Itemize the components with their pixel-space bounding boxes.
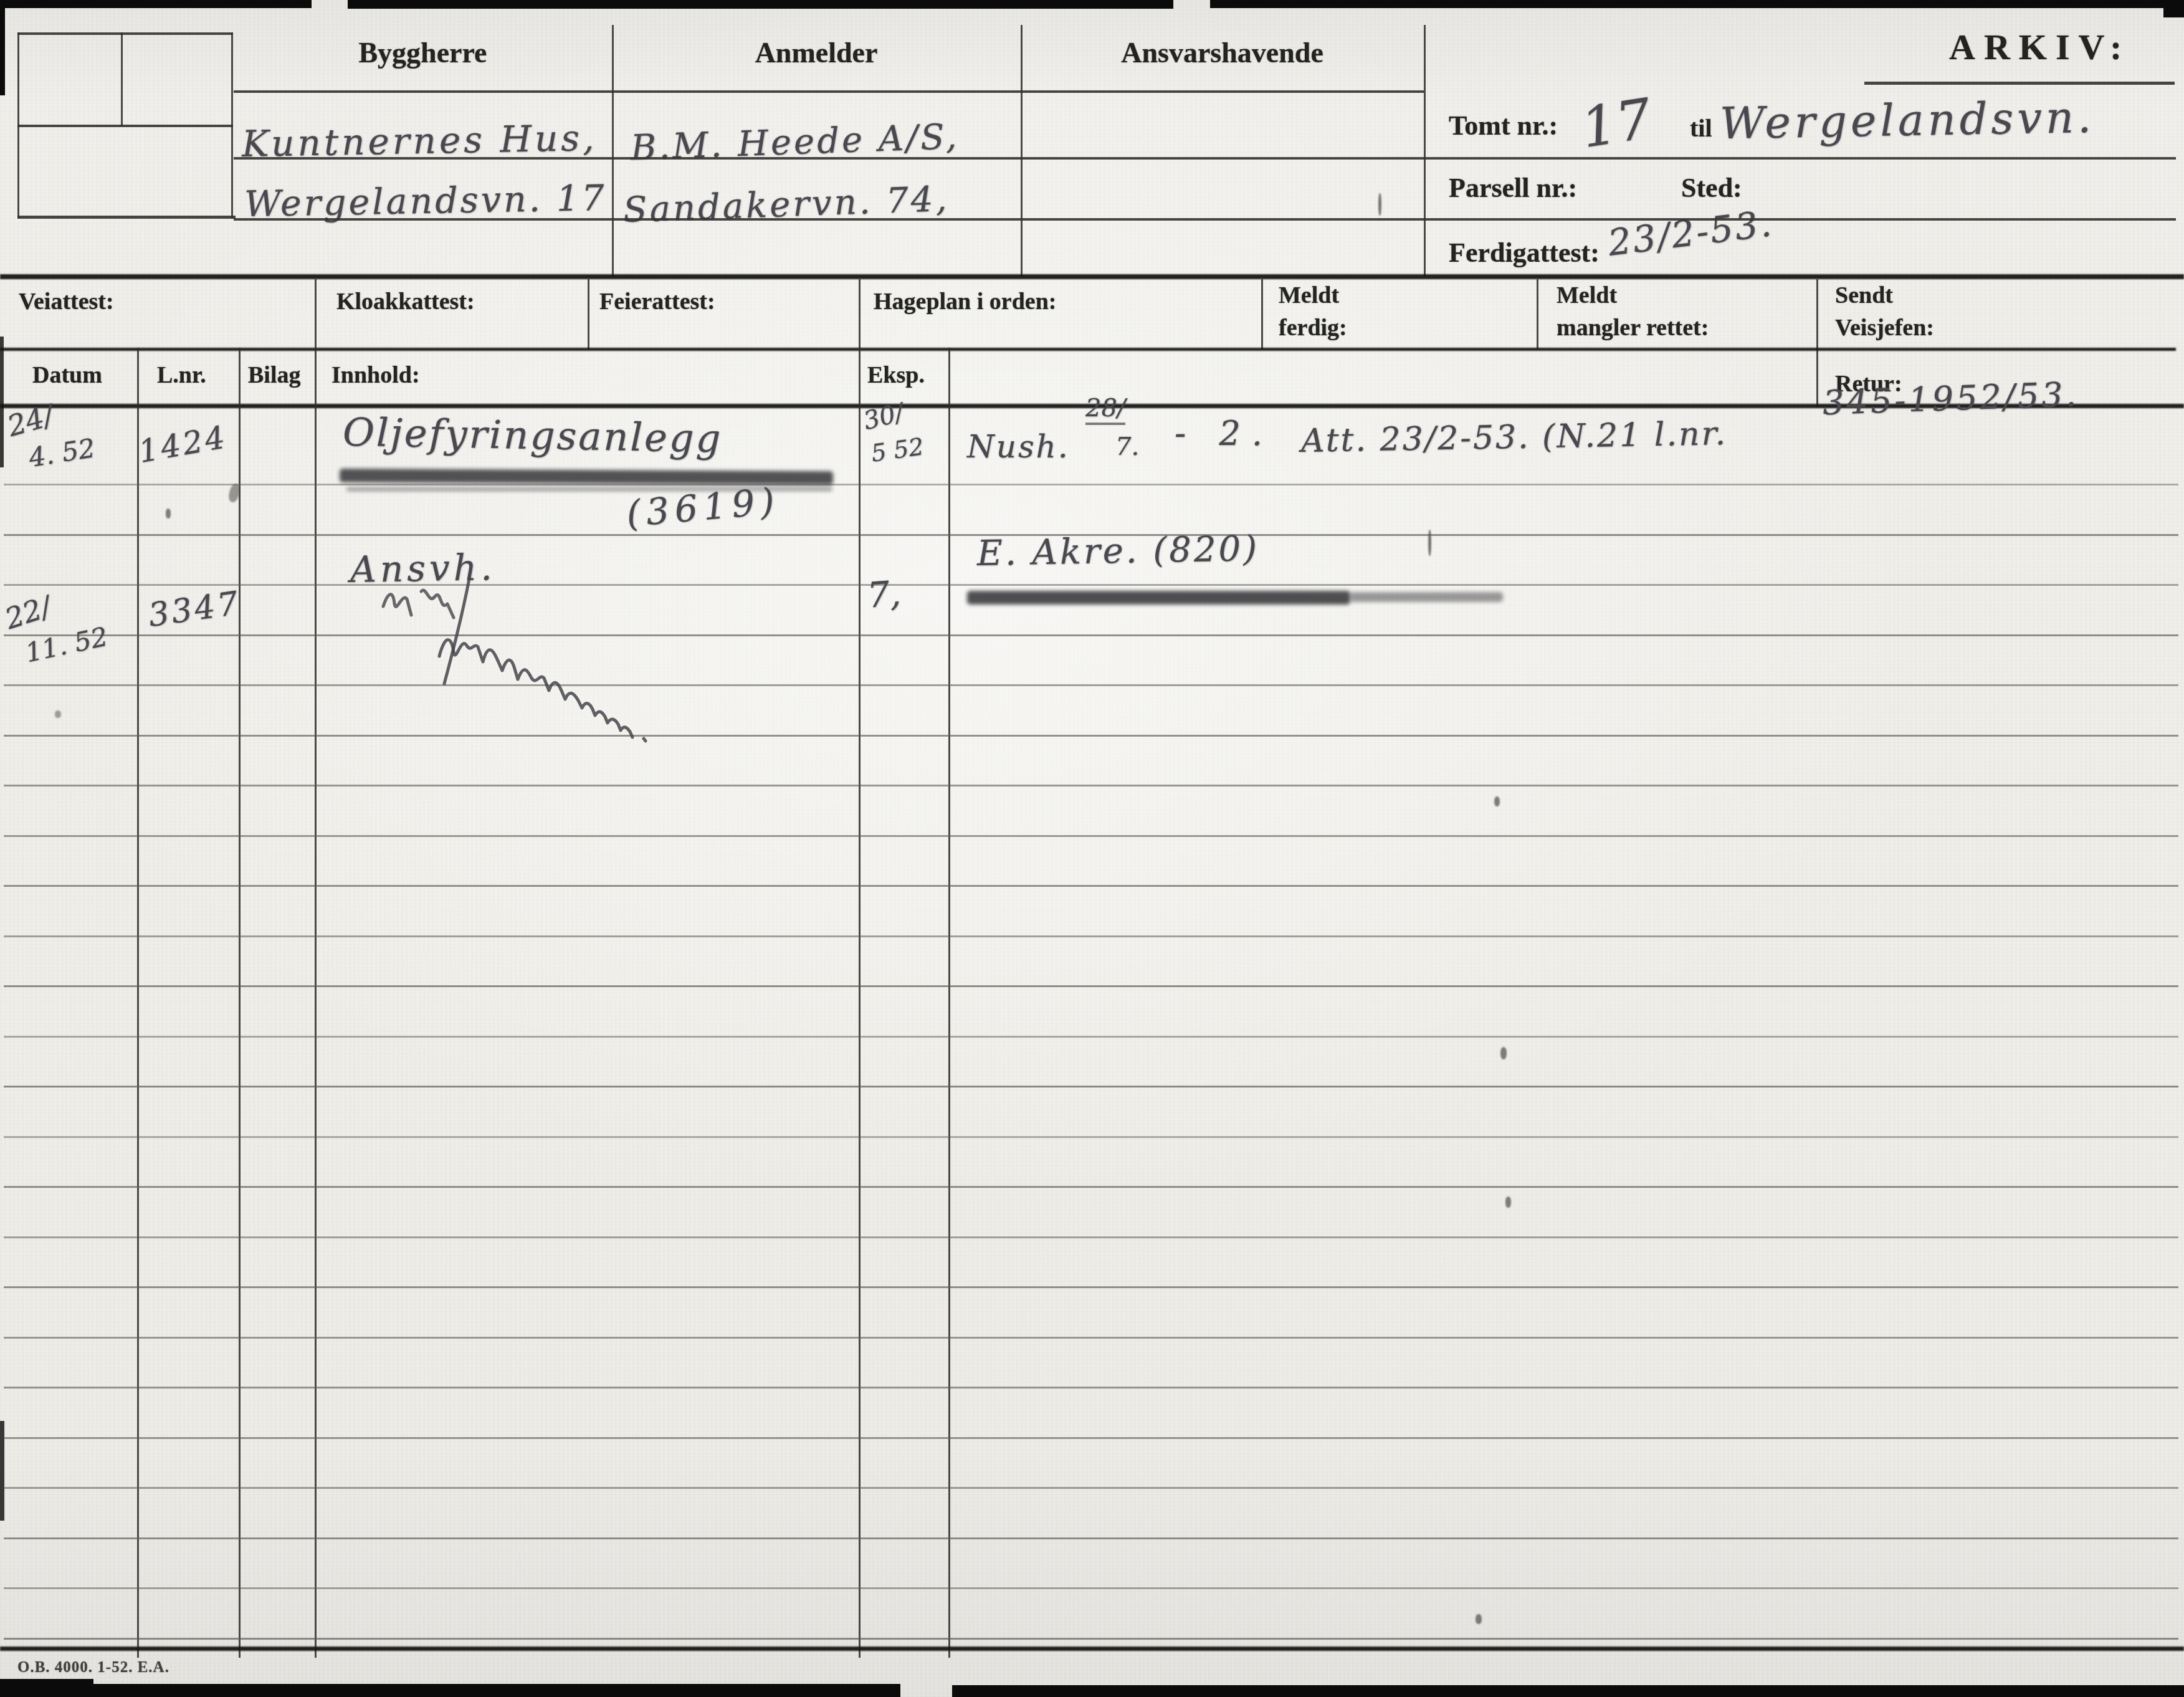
handwriting-row3-journal-number: 3347 <box>146 585 243 634</box>
scan-edge-corner <box>0 1679 93 1697</box>
table-divider-bilag-innhold <box>315 279 317 1658</box>
sted-label: Sted: <box>1681 172 1742 204</box>
attest-band-bottom-rule <box>0 348 2176 351</box>
scan-edge-top <box>348 0 1173 9</box>
tomt-nr-label: Tomt nr.: <box>1449 110 1558 141</box>
attest-divider <box>1261 279 1263 349</box>
ruled-line <box>4 1638 2178 1640</box>
table-divider-datum-lnr <box>137 348 139 1658</box>
ink-speck <box>166 509 171 519</box>
eksp-header: Eksp. <box>867 361 925 389</box>
ferdigattest-label: Ferdigattest: <box>1449 237 1600 269</box>
stamp-box-divider-v <box>121 32 123 126</box>
ruled-line <box>4 584 2178 586</box>
hageplan-label: Hageplan i orden: <box>874 288 1056 315</box>
handwriting-row1-note-fraction-top: 28/ <box>1085 394 1125 425</box>
scan-edge-top <box>0 0 312 8</box>
table-bottom-rule <box>0 1647 2184 1651</box>
ink-speck <box>1476 1614 1482 1624</box>
header-rule <box>234 218 2176 221</box>
archive-card-scan: Byggherre Anmelder Ansvarshavende ARKIV:… <box>0 0 2184 1697</box>
ruled-line <box>4 1337 2178 1339</box>
form-print-code: O.B. 4000. 1-52. E.A. <box>17 1659 169 1676</box>
handwriting-anmelder-address: Sandakervn. 74, <box>622 179 950 231</box>
ink-speck <box>1494 796 1500 806</box>
sendt-veisjefen-label-line2: Veisjefen: <box>1835 314 1934 342</box>
stamp-box-right-border <box>231 32 233 218</box>
handwriting-tomt-street: Wergelandsvn. <box>1719 92 2096 149</box>
ruled-line <box>4 1587 2178 1589</box>
ruled-line <box>4 785 2178 786</box>
feierattest-label: Feierattest: <box>599 288 715 315</box>
ruled-line <box>4 634 2178 636</box>
ruled-line <box>4 935 2178 937</box>
attest-divider <box>1816 279 1818 406</box>
ruled-line <box>4 1236 2178 1238</box>
handwriting-row1-note-attest: Att. 23/2-53. (N.21 l.nr. <box>1301 415 1728 460</box>
handwriting-row1-note-word: Nush. <box>967 429 1070 465</box>
ruled-line <box>4 1136 2178 1138</box>
handwriting-row2-note-responsible: E. Akre. (820) <box>976 528 1259 574</box>
attest-divider <box>1537 279 1538 349</box>
scan-edge-left <box>0 337 4 467</box>
handwriting-row1-content: Oljefyringsanlegg <box>342 409 722 462</box>
ink-speck <box>1500 1047 1507 1059</box>
ruled-line <box>4 1537 2178 1539</box>
datum-header: Datum <box>32 361 102 389</box>
handwriting-row1-date-bottom: 4. 52 <box>27 433 97 473</box>
table-divider-eksp-notes <box>948 348 950 1658</box>
scan-edge-bottom <box>952 1685 2184 1697</box>
ruled-line <box>4 835 2178 837</box>
table-divider-innhold-eksp <box>859 279 861 1658</box>
ink-speck <box>55 710 61 718</box>
handwriting-row3-date-top: 22/ <box>1 590 55 636</box>
ruled-line <box>4 1387 2178 1389</box>
header-rule <box>234 157 2176 160</box>
ruled-line <box>4 484 2178 485</box>
meldt-mangler-label-line1: Meldt <box>1557 282 1617 309</box>
header-rule <box>234 90 1424 93</box>
ruled-line <box>4 1487 2178 1489</box>
column-title-ansvarshavende: Ansvarshavende <box>1021 36 1424 69</box>
ruled-line <box>4 985 2178 987</box>
lnr-header: L.nr. <box>157 361 206 389</box>
scan-edge-top <box>1210 0 2184 8</box>
parsell-nr-label: Parsell nr.: <box>1449 172 1577 204</box>
handwriting-ferdigattest-date: 23/2-53. <box>1606 202 1775 264</box>
stamp-box-left-border <box>17 32 19 218</box>
column-title-byggherre: Byggherre <box>234 36 612 69</box>
meldt-ferdig-label-line2: ferdig: <box>1279 314 1347 342</box>
handwriting-row1-eksp-bottom: 5 52 <box>869 433 925 467</box>
section-divider-heavy <box>0 274 2184 279</box>
arkiv-heading: ARKIV: <box>1949 26 2130 68</box>
innhold-header: Innhold: <box>331 361 420 389</box>
stamp-box-bottom-border <box>17 216 236 219</box>
handwriting-anmelder-name: B.M. Heede A/S, <box>630 117 960 168</box>
scan-edge-left <box>0 8 5 95</box>
ruled-line <box>4 1286 2178 1288</box>
veiattest-label: Veiattest: <box>19 288 114 315</box>
til-label: til <box>1690 113 1712 143</box>
meldt-mangler-label-line2: mangler rettet: <box>1557 314 1709 342</box>
attest-divider <box>588 279 589 349</box>
arkiv-underline <box>1864 82 2175 85</box>
scan-edge-corner <box>2163 0 2184 17</box>
table-divider-lnr-bilag <box>239 348 241 1658</box>
handwriting-row3-eksp: 7, <box>866 573 902 616</box>
ruled-line <box>4 1186 2178 1188</box>
bilag-header: Bilag <box>248 361 300 389</box>
meldt-ferdig-label-line1: Meldt <box>1279 282 1339 309</box>
scan-edge-bottom <box>0 1684 900 1697</box>
pencil-smear-underline <box>1350 592 1503 602</box>
ruled-line <box>4 1036 2178 1038</box>
ruled-line <box>4 684 2178 686</box>
ruled-line <box>4 1437 2178 1439</box>
header-divider <box>1424 25 1426 277</box>
handwriting-row1-note-caseref: 345-1952/53. <box>1822 375 2079 423</box>
stamp-box-top-border <box>17 32 233 35</box>
illegible-scrawl <box>346 570 794 707</box>
ruled-line <box>4 885 2178 887</box>
column-title-anmelder: Anmelder <box>612 36 1021 69</box>
handwriting-row1-note-dash: - 2. <box>1175 414 1274 453</box>
handwriting-row3-date-bottom: 11. 52 <box>22 621 110 669</box>
handwriting-row1-note-fraction-bottom: 7. <box>1115 433 1139 461</box>
stamp-box-divider-h <box>17 125 233 127</box>
ruled-line <box>4 735 2178 737</box>
ink-speck <box>1378 193 1381 216</box>
kloakkattest-label: Kloakkattest: <box>336 288 475 315</box>
pencil-smear-underline <box>967 591 1350 605</box>
sendt-veisjefen-label-line1: Sendt <box>1835 282 1893 309</box>
handwriting-tomt-nr: 17 <box>1577 86 1656 160</box>
ink-speck <box>1428 530 1431 556</box>
scan-edge-left <box>0 1421 4 1521</box>
ruled-line <box>4 1086 2178 1088</box>
handwriting-row1-journal-number: 1424 <box>136 419 230 470</box>
ink-speck <box>1505 1197 1511 1208</box>
